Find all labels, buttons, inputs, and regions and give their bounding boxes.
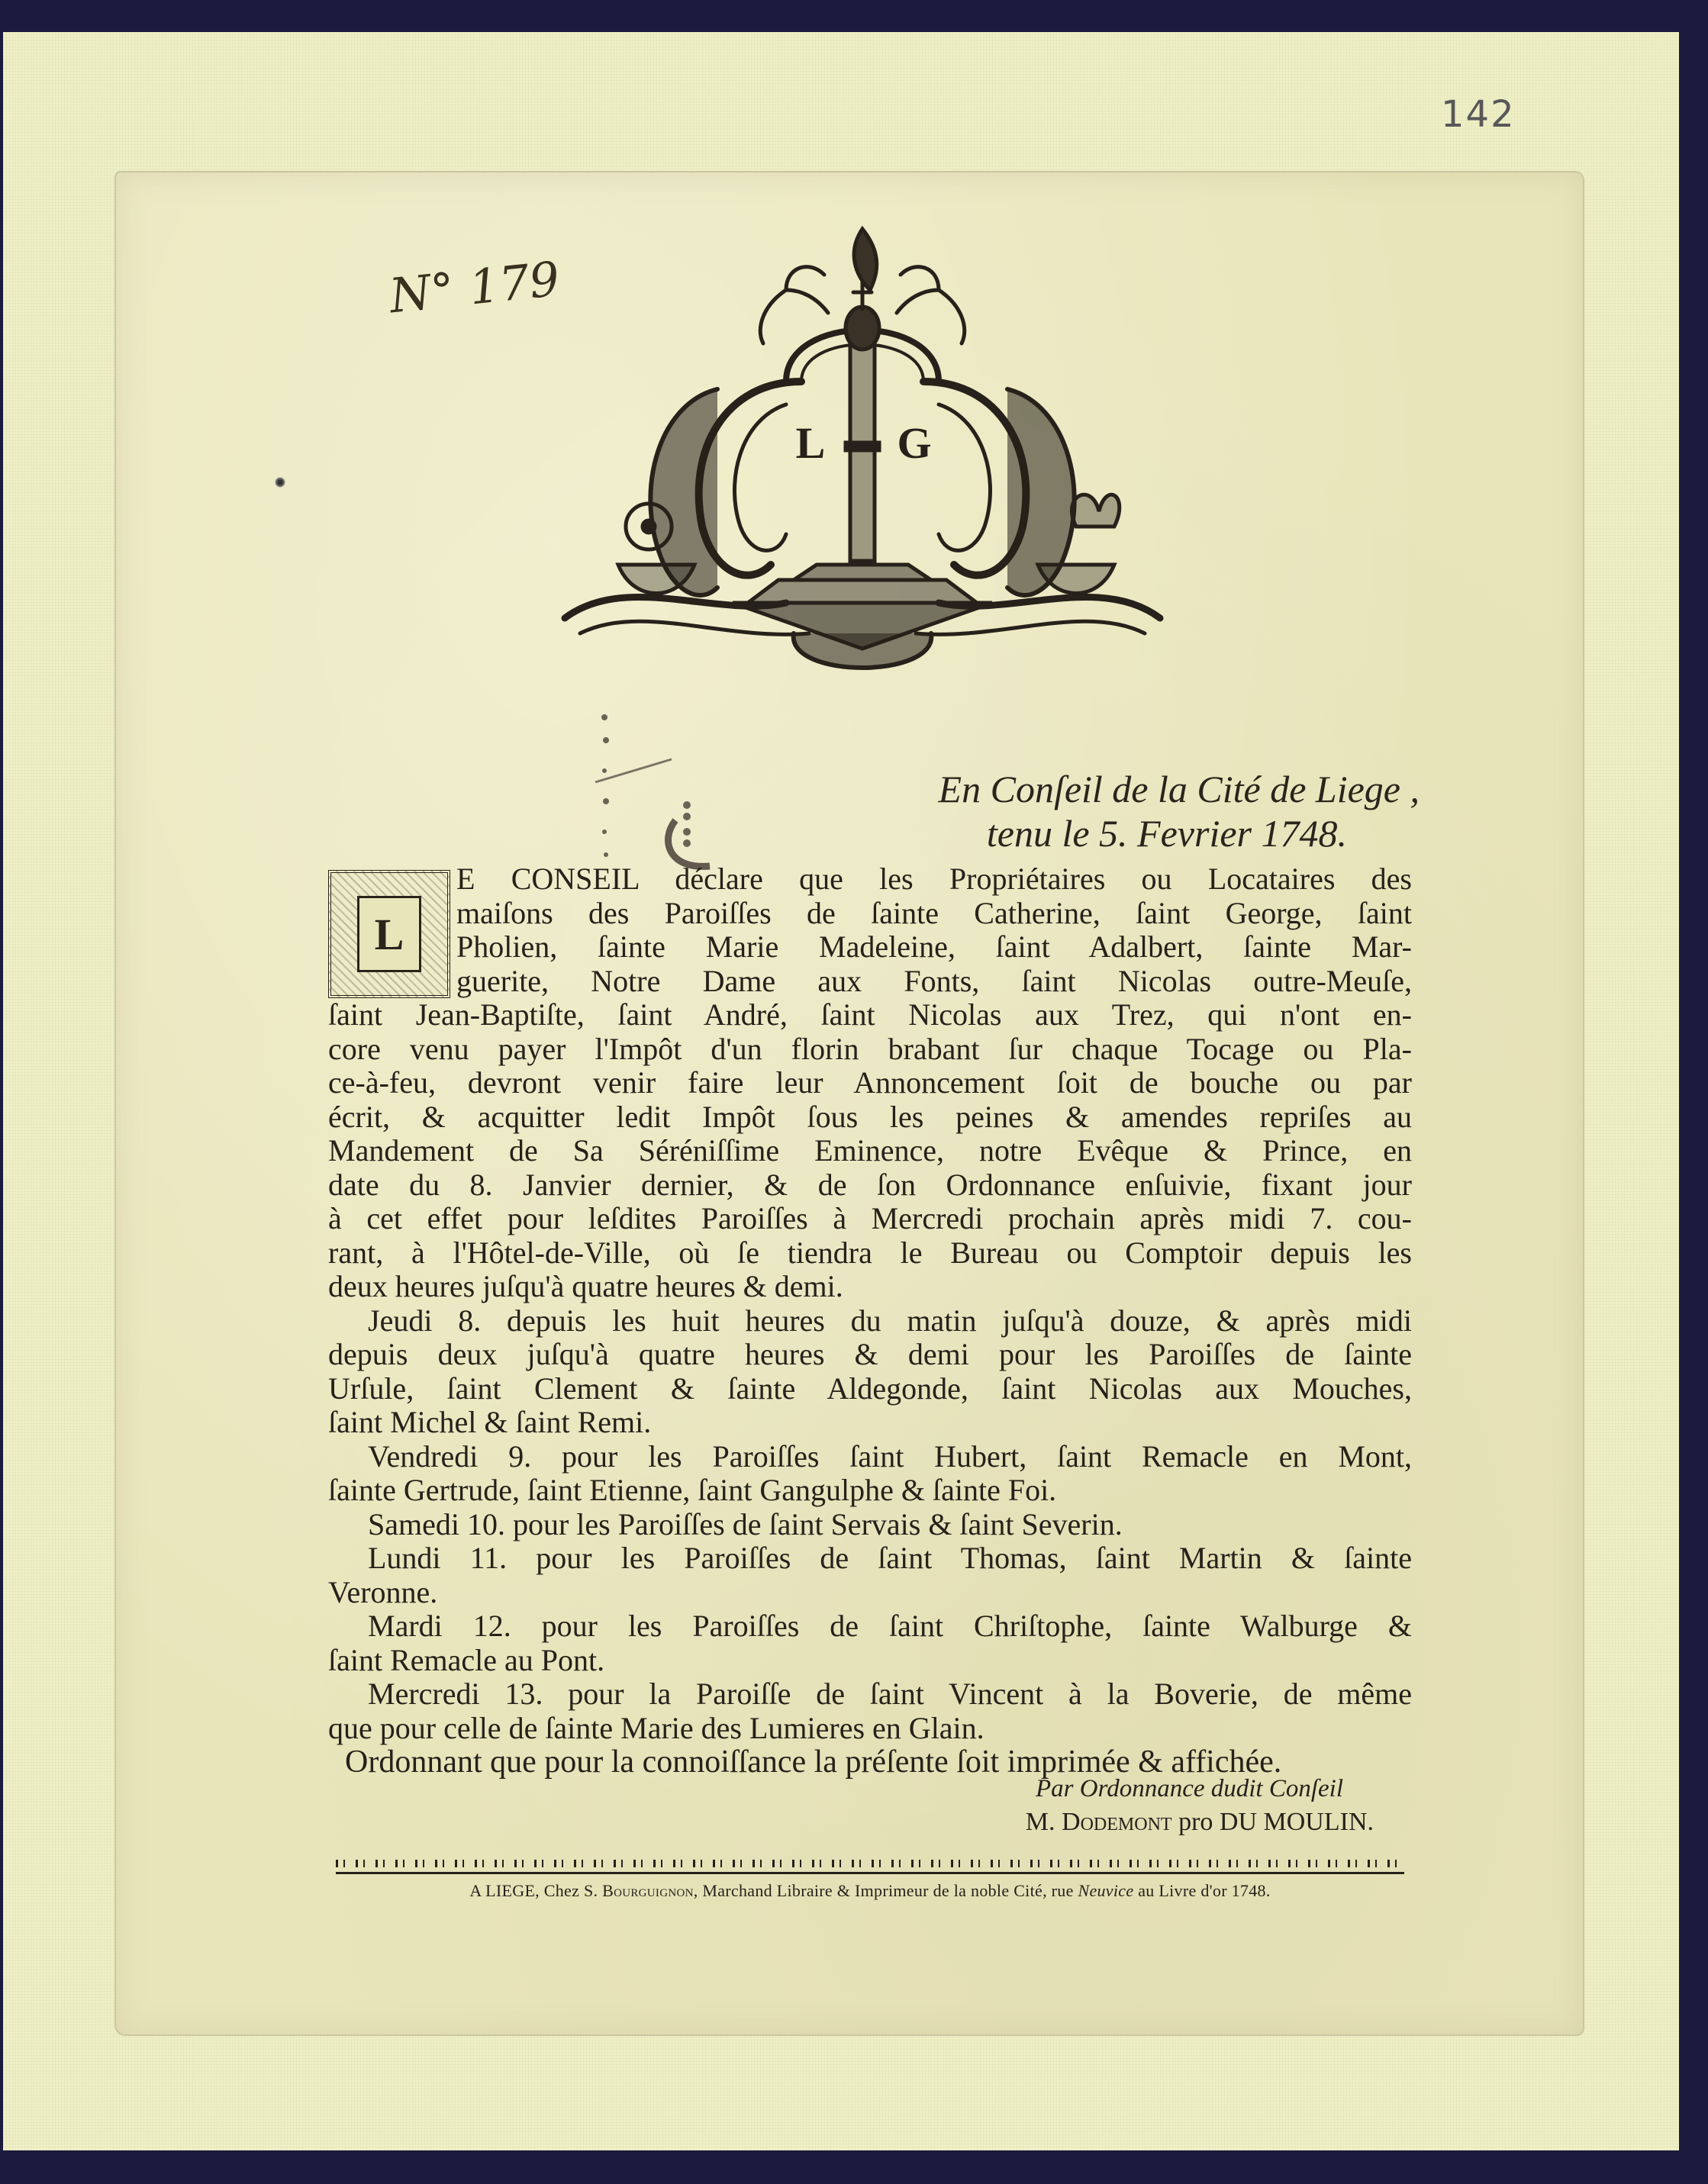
ink-annotation-mark-icon (588, 687, 740, 870)
body-line: écrit, & acquitter ledit Impôt ſous les … (328, 1100, 1412, 1135)
body-line: date du 8. Janvier dernier, & de ſon Ord… (328, 1168, 1412, 1203)
body-line: Pholien, ſainte Marie Madeleine, ſaint A… (328, 930, 1412, 965)
body-line: Samedi 10. pour les Paroiſſes de ſaint S… (328, 1508, 1412, 1542)
imprint-shop: au Livre d'or 1748. (1133, 1881, 1270, 1900)
signatory-name: Dodemont (1062, 1808, 1172, 1836)
emblem-letter-l: L (796, 418, 826, 468)
body-line: ſainte Gertrude, ſaint Etienne, ſaint Ga… (328, 1474, 1412, 1508)
body-line: ſaint Jean-Baptiſte, ſaint André, ſaint … (328, 998, 1412, 1032)
signatory-prefix: M. (1026, 1808, 1062, 1836)
body-line: ſaint Remacle au Pont. (328, 1644, 1412, 1678)
body-line: Jeudi 8. depuis les huit heures du matin… (328, 1304, 1412, 1338)
signatory-line: M. Dodemont pro DU MOULIN. (946, 1806, 1374, 1839)
imprint-place: A LIEGE, Chez S. (469, 1881, 602, 1900)
body-line: Urſule, ſaint Clement & ſainte Aldegonde… (328, 1372, 1412, 1406)
body-line: ce-à-feu, devront venir faire leur Annon… (328, 1066, 1412, 1100)
body-line: E CONSEIL déclare que les Propriétaires … (328, 862, 1412, 897)
body-line: ſaint Michel & ſaint Remi. (328, 1406, 1412, 1440)
body-line: Vendredi 9. pour les Paroiſſes ſaint Hub… (328, 1440, 1412, 1474)
printer-imprint: A LIEGE, Chez S. Bourguignon, Marchand L… (336, 1881, 1404, 1901)
heading-line-1: En Conſeil de la Cité de Liege , (809, 767, 1420, 811)
perron-emblem-icon: L G (534, 206, 1191, 694)
body-line: Mercredi 13. pour la Paroiſſe de ſaint V… (328, 1677, 1412, 1712)
body-line: deux heures juſqu'à quatre heures & demi… (328, 1270, 1412, 1304)
emblem-letter-g: G (897, 418, 931, 468)
by-order-line: Par Ordonnance dudit Conſeil (946, 1772, 1374, 1806)
imprint-street: Neuvice (1078, 1881, 1133, 1900)
body-line: maiſons des Paroiſſes de ſainte Catherin… (328, 897, 1412, 931)
archive-pencil-number: 142 (1441, 93, 1516, 136)
imprint-printer: Bourguignon (602, 1881, 694, 1900)
imprint-trade: , Marchand Libraire & Imprimeur de la no… (694, 1881, 1078, 1900)
body-line: Mandement de Sa Séréniſſime Eminence, no… (328, 1134, 1412, 1168)
body-line: que pour celle de ſainte Marie des Lumie… (328, 1712, 1412, 1746)
body-line: Lundi 11. pour les Paroiſſes de ſaint Th… (328, 1541, 1412, 1576)
body-line: à cet effet pour leſdites Paroiſſes à Me… (328, 1202, 1412, 1236)
council-heading: En Conſeil de la Cité de Liege , tenu le… (809, 767, 1420, 855)
signatory-suffix: pro DU MOULIN. (1172, 1808, 1374, 1836)
pin-hole-mark (275, 477, 285, 488)
body-line: rant, à l'Hôtel-de-Ville, où ſe tiendra … (328, 1236, 1412, 1271)
body-line: guerite, Notre Dame aux Fonts, ſaint Nic… (328, 965, 1412, 999)
signature-block: Par Ordonnance dudit Conſeil M. Dodemont… (946, 1772, 1374, 1839)
body-line: core venu payer l'Impôt d'un florin brab… (328, 1032, 1412, 1067)
heading-line-2: tenu le 5. Fevrier 1748. (809, 811, 1420, 855)
ornamental-rule (336, 1858, 1404, 1874)
body-line: depuis deux juſqu'à quatre heures & demi… (328, 1338, 1412, 1372)
body-line: Mardi 12. pour les Paroiſſes de ſaint Ch… (328, 1609, 1412, 1644)
ordinance-body: E CONSEIL déclare que les Propriétaires … (328, 862, 1412, 1780)
body-line: Veronne. (328, 1576, 1412, 1610)
